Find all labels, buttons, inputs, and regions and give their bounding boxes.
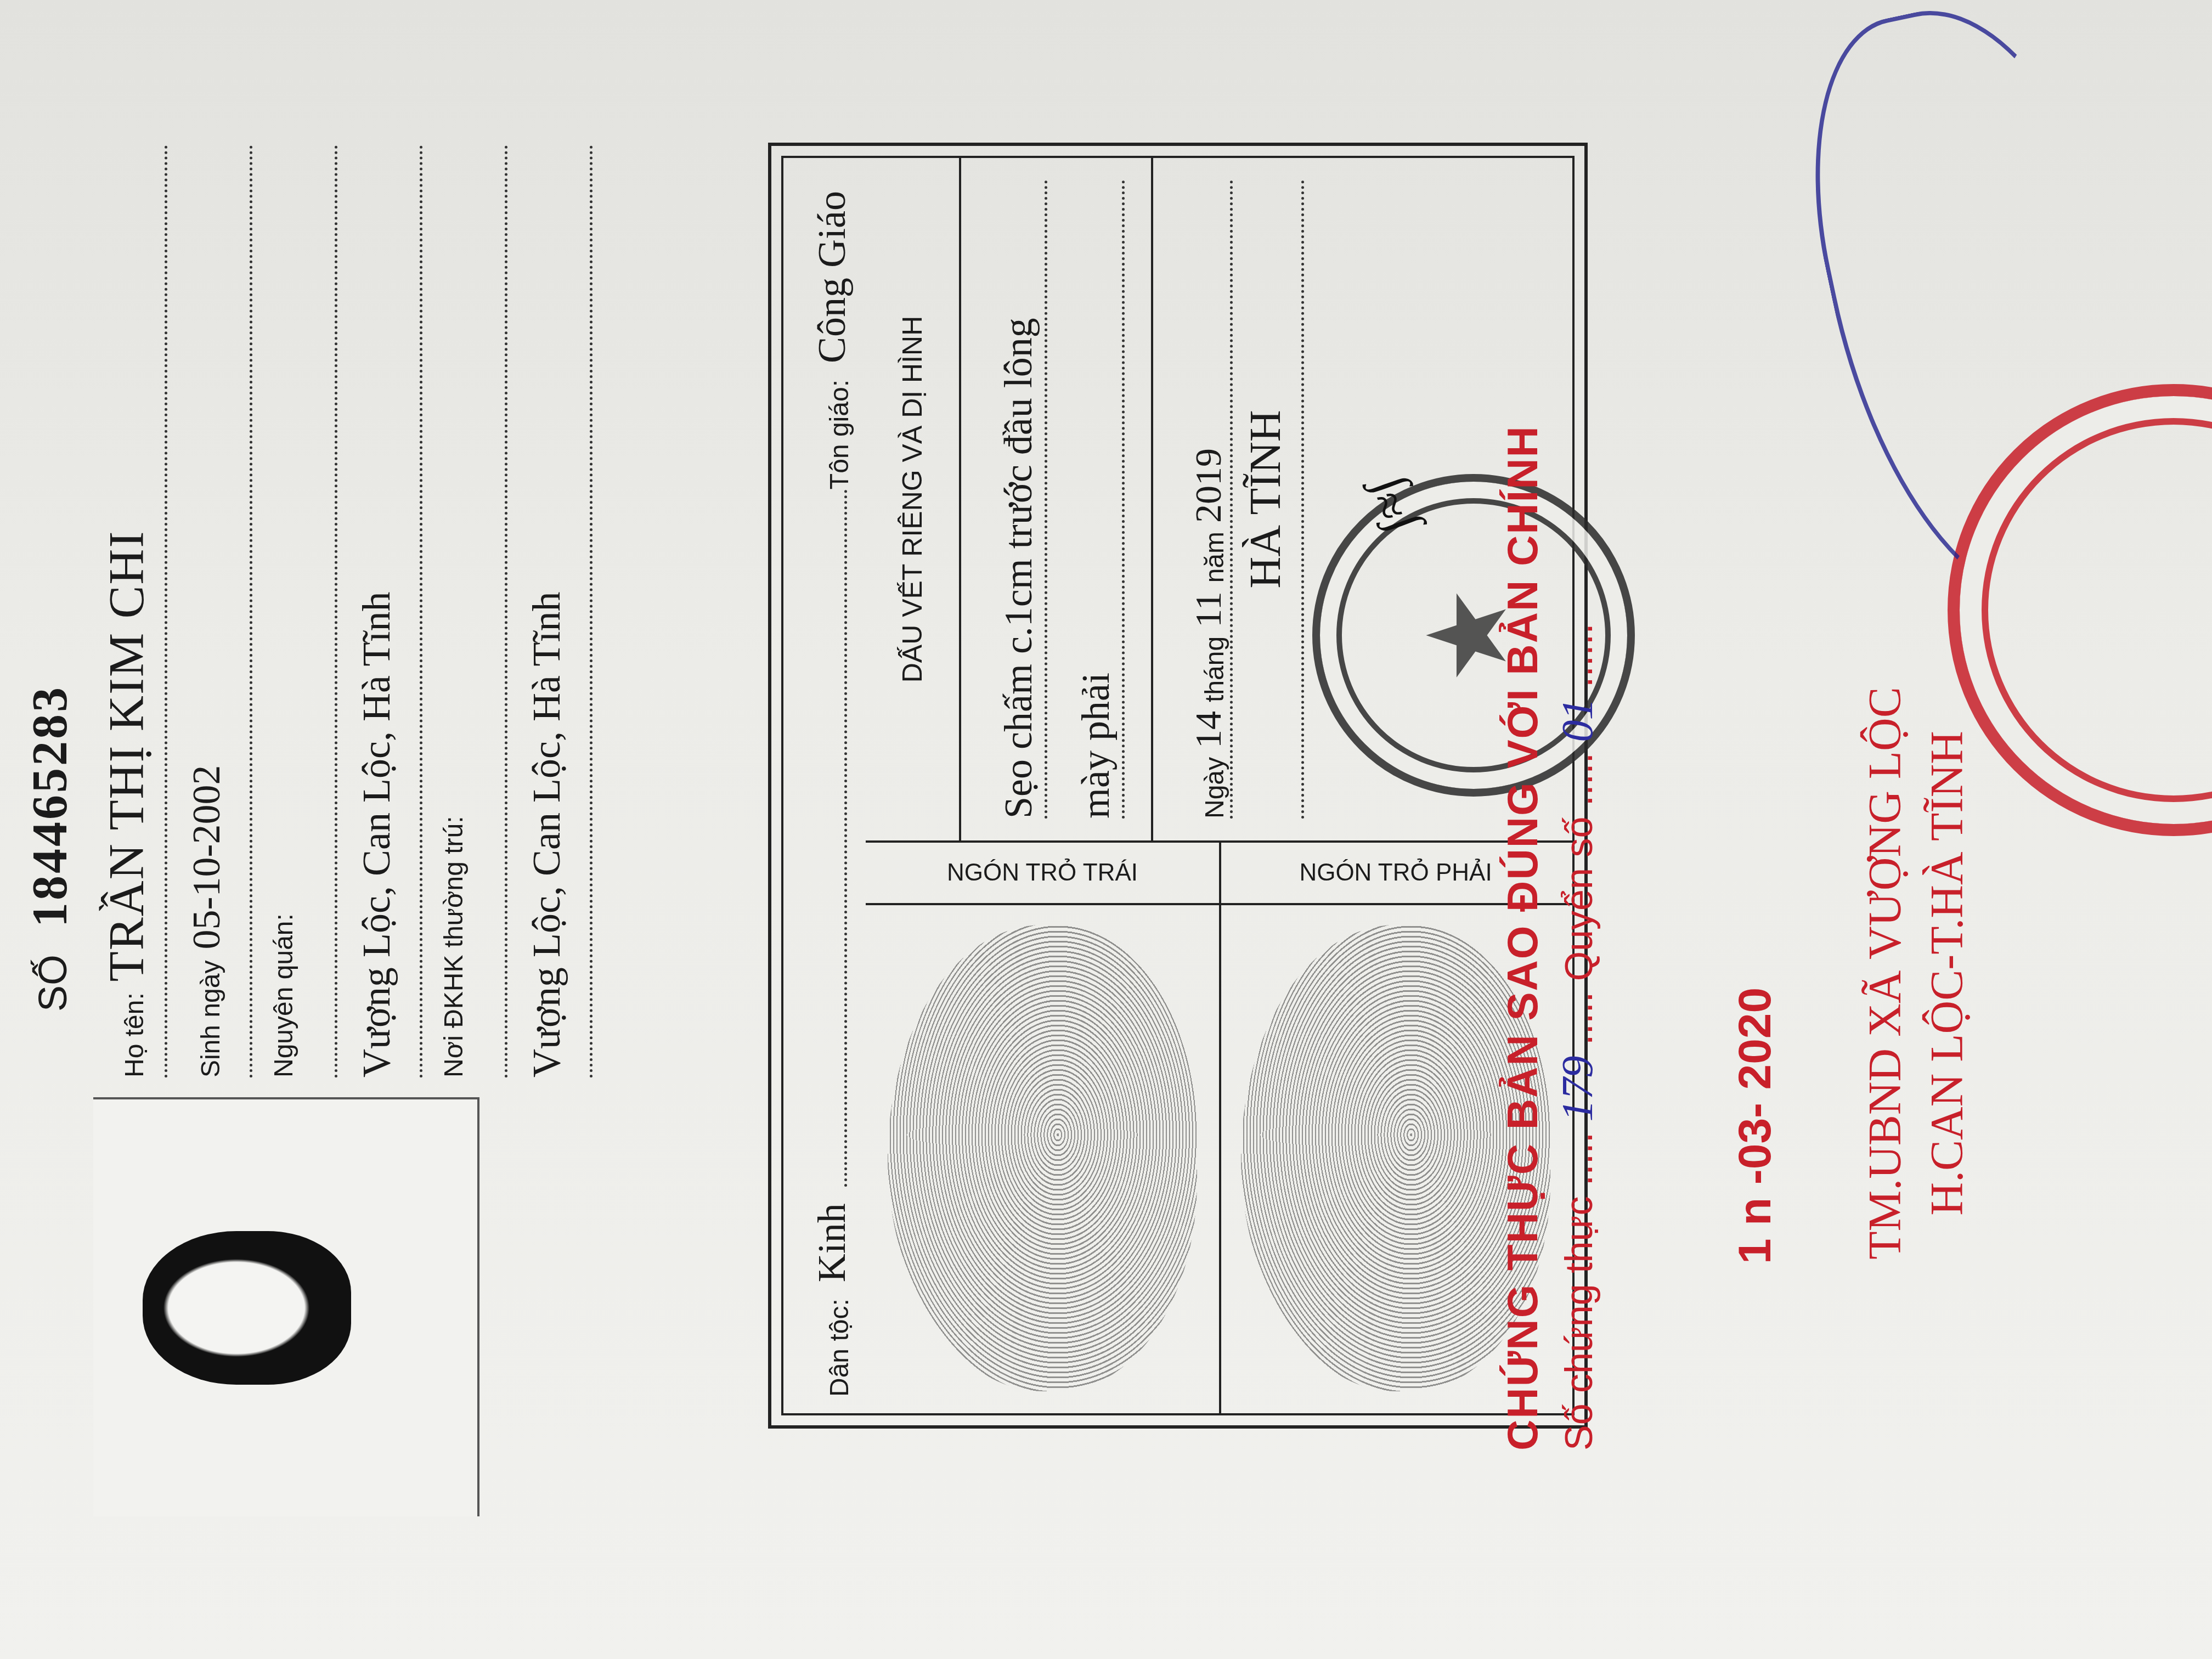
religion-value: Công Giáo [809,191,855,363]
left-index-finger-header: NGÓN TRỎ TRÁI [866,843,1219,905]
fingerprint-section: NGÓN TRỎ TRÁI NGÓN TRỎ PHẢI [866,840,1572,1413]
certification-stamp: CHỨNG THỰC BẢN SAO ĐÚNG VỚI BẢN CHÍNH Số… [1498,189,1603,1451]
field-label: Sinh ngày [196,961,226,1078]
field-permanent-residence-value-line: Vượng Lộc, Can Lộc, Hà Tĩnh [524,145,592,1077]
certification-book-label: Quyển số [1558,817,1600,981]
date-of-birth-value: 05-10-2002 [184,765,229,950]
field-place-of-origin-value-line: Vượng Lộc, Can Lộc, Hà Tĩnh [354,145,422,1077]
permanent-residence-value: Vượng Lộc, Can Lộc, Hà Tĩnh [524,591,569,1077]
ethnicity-religion-row: Dân tộc: Kinh Tôn giáo: Công Giáo [794,174,855,1397]
ethnicity-label: Dân tộc: [825,1299,855,1397]
field-date-of-birth: Sinh ngày 05-10-2002 [184,145,252,1077]
certification-book-value: 01 [1554,698,1602,742]
personal-info-fields: Họ tên: TRẦN THỊ KIM CHI Sinh ngày 05-10… [99,145,609,1077]
field-label: Nguyên quán: [269,913,299,1077]
id-card-back: Dân tộc: Kinh Tôn giáo: Công Giáo NGÓN T… [768,143,1588,1429]
identifying-marks-line-1: Sẹo chấm c.1cm trước đầu lông [970,180,1047,819]
id-number: 184465283 [23,685,77,927]
issue-date: Ngày 14 tháng 11 năm 2019 [1170,180,1233,819]
issue-year-label: năm [1200,532,1230,583]
field-place-of-origin: Nguyên quán: [269,145,337,1077]
id-card-back-frame: Dân tộc: Kinh Tôn giáo: Công Giáo NGÓN T… [781,156,1575,1415]
issue-day: 14 [1187,711,1230,748]
id-number-row: SỐ 184465283 [22,685,78,1012]
left-index-finger-cell: NGÓN TRỎ TRÁI [866,843,1221,1413]
id-card-front: SỐ 184465283 Họ tên: TRẦN THỊ KIM CHI Si… [11,106,642,1560]
field-full-name: Họ tên: TRẦN THỊ KIM CHI [99,145,167,1077]
certifying-authority-line-1: TM.UBND XÃ VƯỢNG LỘC [1854,562,1916,1385]
id-number-label: SỐ [31,955,75,1012]
issue-month: 11 [1187,591,1230,627]
certification-number-line: Số chứng thực ..... 179 ..... Quyển số .… [1553,189,1603,1451]
fingerprint-icon [888,925,1197,1391]
certification-number-label: Số chứng thực [1558,1197,1600,1451]
left-index-finger-label: NGÓN TRỎ TRÁI [947,859,1138,887]
certification-number-value: 179 [1554,1056,1602,1121]
photocopied-id-card-sheet: SỐ 184465283 Họ tên: TRẦN THỊ KIM CHI Si… [0,0,2212,1659]
place-of-origin-value: Vượng Lộc, Can Lộc, Hà Tĩnh [354,591,399,1077]
issue-day-label: Ngày [1200,757,1230,819]
field-label: Họ tên: [120,992,150,1077]
field-label: Nơi ĐKHK thường trú: [439,816,469,1077]
issue-place: HÀ TĨNH [1241,180,1304,819]
certification-title: CHỨNG THỰC BẢN SAO ĐÚNG VỚI BẢN CHÍNH [1498,189,1548,1451]
issue-month-label: tháng [1200,636,1230,702]
right-index-finger-label: NGÓN TRỎ PHẢI [1299,859,1492,887]
identifying-marks-line-2: mày phải [1047,180,1125,819]
identifying-marks-title: DẤU VẾT RIÊNG VÀ DỊ HÌNH [866,158,961,840]
marks-and-issue-section: DẤU VẾT RIÊNG VÀ DỊ HÌNH Sẹo chấm c.1cm … [866,158,1572,840]
issue-year: 2019 [1187,448,1230,523]
ethnicity-value: Kinh [809,1203,855,1282]
portrait-silhouette-icon [143,1231,351,1385]
full-name-value: TRẦN THỊ KIM CHI [99,530,155,981]
certification-date: 1 n -03- 2020 [1728,988,1781,1264]
field-permanent-residence: Nơi ĐKHK thường trú: [439,145,507,1077]
portrait-photo [93,1097,479,1516]
dotted-line [844,489,847,1187]
religion-label: Tôn giáo: [825,380,855,489]
identifying-marks-lines: Sẹo chấm c.1cm trước đầu lông mày phải [970,180,1125,819]
